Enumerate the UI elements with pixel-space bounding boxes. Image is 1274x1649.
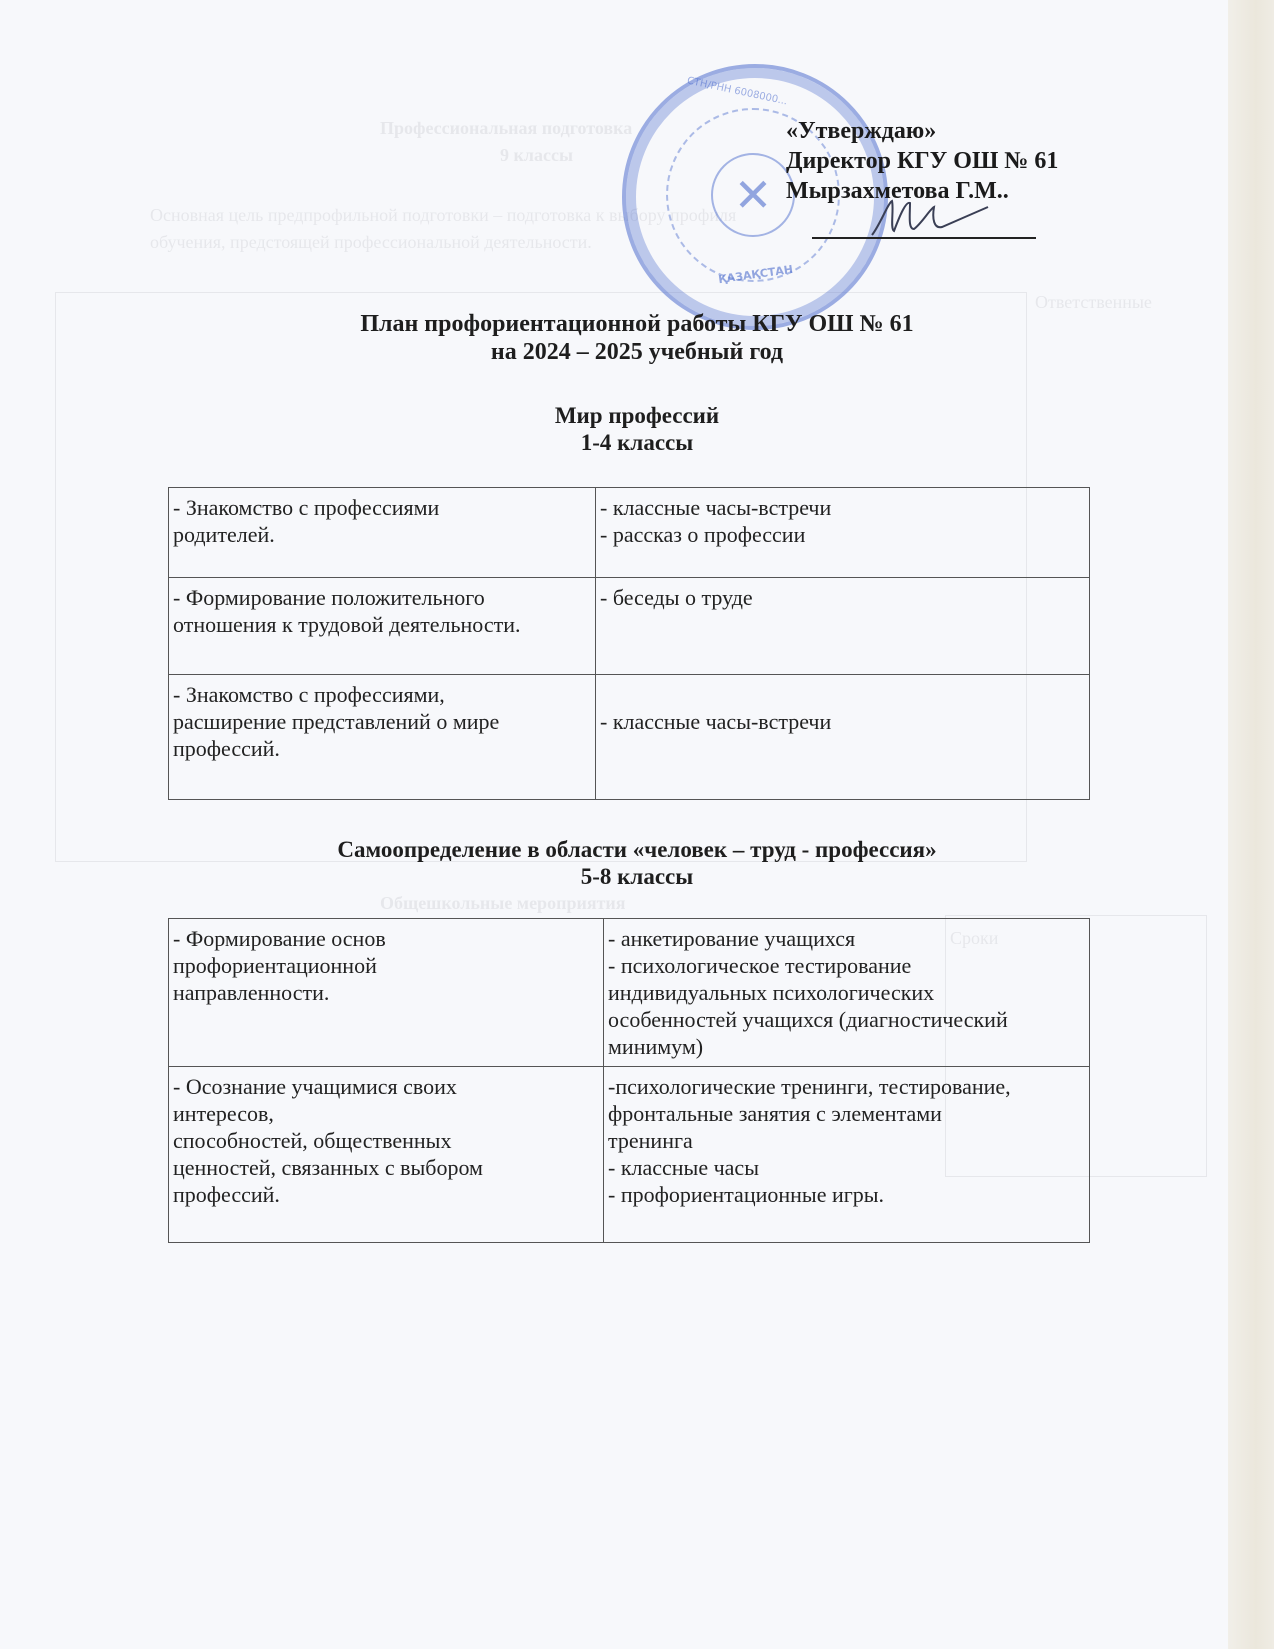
approver-position: Директор КГУ ОШ № 61: [786, 146, 1058, 176]
plan-table-grades-5-8: - Формирование основ профориентационной …: [168, 918, 1090, 1243]
table-row: - Формирование основ профориентационной …: [169, 919, 1090, 1067]
table-row: - Знакомство с профессиями родителей. - …: [169, 488, 1090, 578]
approval-block: «Утверждаю» Директор КГУ ОШ № 61 Мырзахм…: [786, 116, 1058, 206]
title-line-2: на 2024 – 2025 учебный год: [0, 338, 1274, 366]
section-heading: Самоопределение в области «человек – тру…: [0, 836, 1274, 890]
section-title: Самоопределение в области «человек – тру…: [0, 836, 1274, 863]
goal-cell: - Формирование основ профориентационной …: [169, 919, 604, 1067]
show-through-text: Профессиональная подготовка: [380, 118, 632, 139]
signature-line: [812, 237, 1036, 239]
stamp-ring-text: СТН/РНН 6008000...: [686, 75, 788, 107]
activities-cell: - классные часы-встречи: [596, 675, 1090, 800]
activities-cell: - классные часы-встречи - рассказ о проф…: [596, 488, 1090, 578]
show-through-text: обучения, предстоящей профессиональной д…: [150, 232, 592, 253]
goal-cell: - Знакомство с профессиями родителей.: [169, 488, 596, 578]
table-row: - Знакомство с профессиями, расширение п…: [169, 675, 1090, 800]
show-through-text: Общешкольные мероприятия: [380, 893, 626, 914]
section-title: Мир профессий: [0, 402, 1274, 429]
title-line-1: План профориентационной работы КГУ ОШ № …: [0, 310, 1274, 338]
activities-cell: - беседы о труде: [596, 578, 1090, 675]
scan-page-edge: [1228, 0, 1274, 1649]
emblem-icon: ✕: [711, 153, 795, 237]
activities-cell: -психологические тренинги, тестирование,…: [604, 1067, 1090, 1243]
goal-cell: - Осознание учащимися своих интересов, с…: [169, 1067, 604, 1243]
table-row: - Осознание учащимися своих интересов, с…: [169, 1067, 1090, 1243]
goal-cell: - Знакомство с профессиями, расширение п…: [169, 675, 596, 800]
activities-cell: - анкетирование учащихся - психологическ…: [604, 919, 1090, 1067]
approval-heading: «Утверждаю»: [786, 116, 1058, 146]
table-row: - Формирование положительного отношения …: [169, 578, 1090, 675]
signature-icon: [870, 195, 990, 239]
goal-cell: - Формирование положительного отношения …: [169, 578, 596, 675]
section-heading: Мир профессий 1-4 классы: [0, 402, 1274, 456]
document-title: План профориентационной работы КГУ ОШ № …: [0, 310, 1274, 366]
section-grades: 1-4 классы: [0, 429, 1274, 456]
section-grades: 5-8 классы: [0, 863, 1274, 890]
plan-table-grades-1-4: - Знакомство с профессиями родителей. - …: [168, 487, 1090, 800]
show-through-text: 9 классы: [500, 145, 573, 166]
